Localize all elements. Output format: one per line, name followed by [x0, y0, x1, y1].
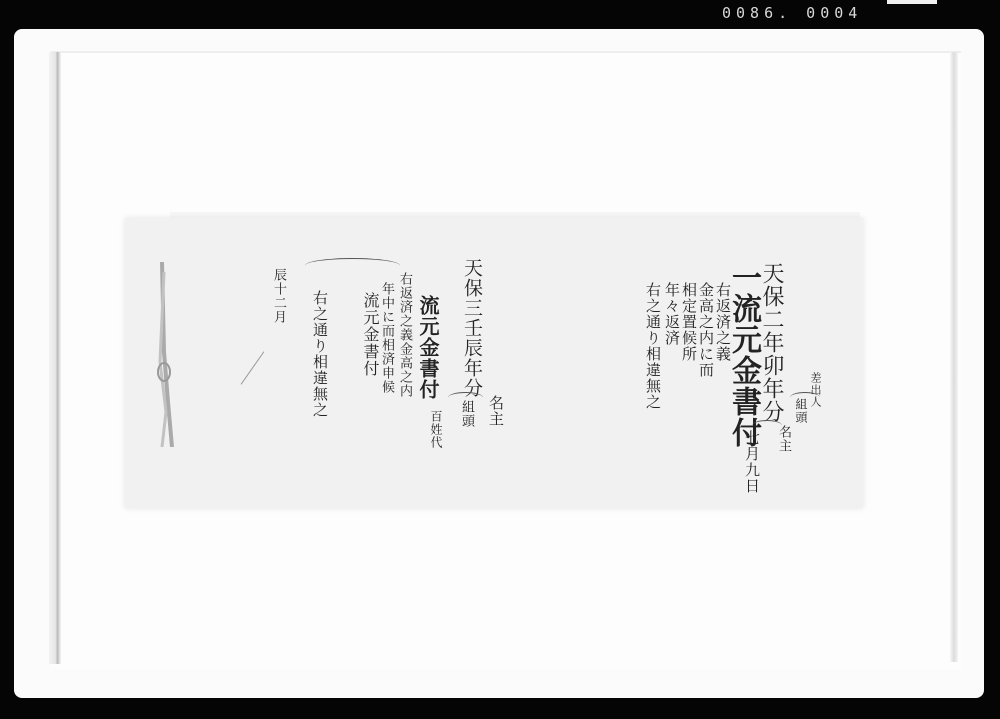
right-sub: 七月九日 — [744, 430, 759, 494]
right-line-2: 金高之内に而 — [698, 282, 713, 378]
right-line-4: 年々返済 — [664, 282, 679, 346]
page-edge-left — [49, 52, 61, 664]
bracket-arc — [305, 258, 400, 273]
left-line-3: 流元金書付 — [362, 292, 378, 377]
right-line-3: 相定置候所 — [681, 282, 696, 362]
binding-cord-icon — [154, 262, 176, 447]
film-marker — [887, 0, 937, 4]
page-edge-right — [950, 52, 958, 662]
left-date: 辰十二月 — [272, 268, 285, 324]
right-line-5: 右之通り相違無之 — [645, 282, 660, 410]
left-note-1: 名主 — [488, 395, 503, 427]
right-line-1: 右返済之義 — [715, 282, 730, 362]
seal-arc — [790, 392, 820, 403]
frame-counter: 0086. 0004 — [722, 4, 862, 22]
left-line-2: 年中に而相済申候 — [380, 282, 393, 394]
right-heading: 天保二年卯年分 — [760, 262, 782, 423]
left-note-3: 百姓代 — [430, 410, 442, 449]
left-note-2: 組頭 — [460, 400, 473, 428]
left-line-4: 右之通り相違無之 — [312, 290, 327, 418]
left-line-1: 右返済之義金高之内 — [398, 272, 411, 398]
left-title: 流元金書付 — [418, 295, 438, 400]
seal-arc — [752, 420, 782, 431]
left-heading: 天保三壬辰年分 — [462, 258, 481, 398]
right-title: 一流元金書付 — [728, 262, 758, 448]
seal-arc — [448, 392, 483, 403]
